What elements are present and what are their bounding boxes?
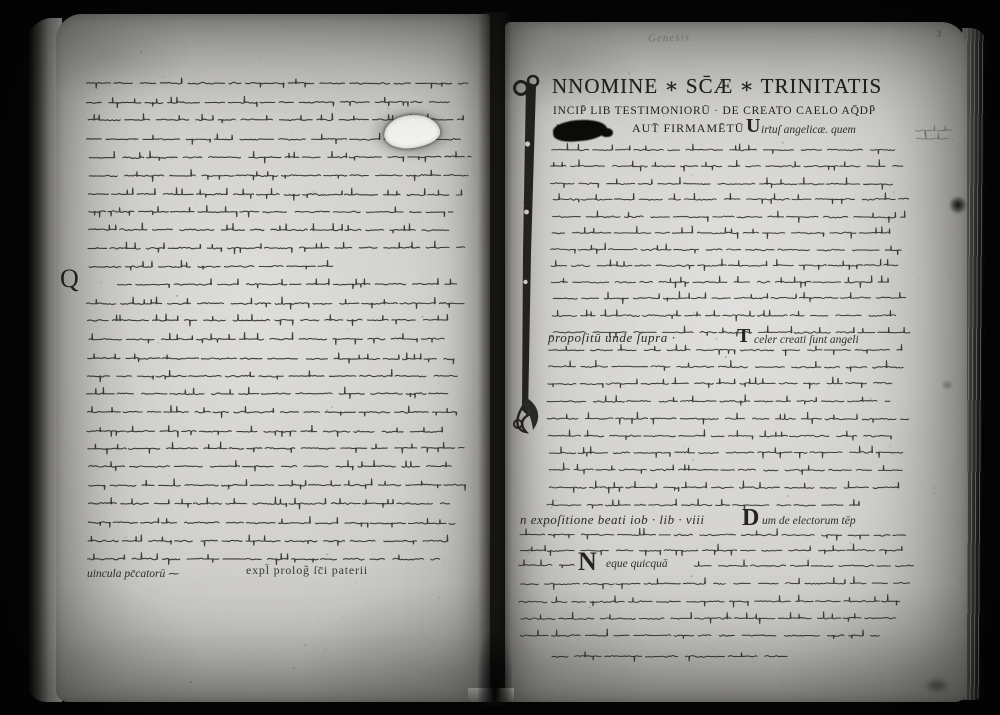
margin-ink-spot	[949, 196, 967, 214]
expositione-rubric: n expoſitione beati iob · lib · viii	[520, 512, 704, 528]
initial-n-neque: N	[578, 549, 597, 575]
under-page-edge	[468, 688, 514, 702]
corner-smudge	[924, 678, 950, 693]
genesis-annotation: Genesis	[648, 31, 690, 44]
rubric-line2: AUT̄ FIRMAMĒTŪ	[632, 121, 744, 136]
explicit-colophon: expl̄ prolog̃ ſc̄i paterii	[246, 563, 368, 578]
dum-text: um de electorum tēp	[762, 515, 856, 527]
decorated-initial-i	[512, 72, 546, 438]
initial-d-dum: D	[742, 506, 759, 530]
initial-u-virtus: U	[746, 116, 760, 136]
propositio-rubric: p̄ropoſitū unde ſupra ·	[548, 330, 676, 346]
propositio-text: celer creati ſunt angeli	[754, 334, 859, 346]
initial-t-propositio: T	[737, 326, 750, 346]
manuscript-photo: NNOMINE ∗ SC̄Æ ∗ TRINITATIS INCIP̄ LIB T…	[0, 0, 1000, 715]
margin-stain	[941, 380, 953, 390]
left-last-line: uincula pc̄catorū ⁓	[87, 566, 180, 580]
initial-q-paragraph: Q	[60, 266, 79, 292]
incipit-rubric: INCIP̄ LIB TESTIMONIORŪ · DE CREATO CAEL…	[553, 105, 876, 117]
ink-blot-droplet	[601, 128, 613, 137]
virtus-text: irtuſ angelicæ. quem	[761, 124, 856, 136]
folio-number: 3	[936, 29, 941, 40]
neque-text: eque quicquā	[606, 558, 668, 570]
heading-in-nomine: NNOMINE ∗ SC̄Æ ∗ TRINITATIS	[552, 74, 882, 99]
